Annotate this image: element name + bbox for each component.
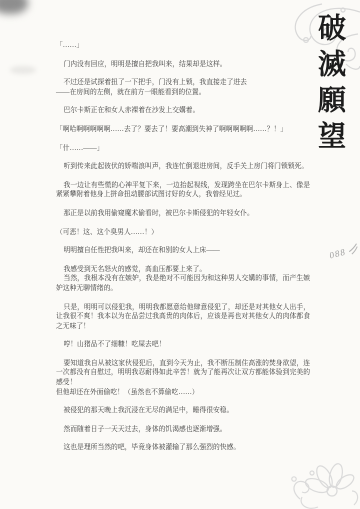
paragraph: 当然，我根本没有在嫉妒，我是绝对不可能因为和这种男人交媾的事情，而产生嫉妒这种无… bbox=[56, 274, 310, 293]
inner-thought-line: （可恶！这、这个臭男人……！） bbox=[56, 228, 310, 238]
chapter-title-vertical: 破滅願望 bbox=[309, 13, 349, 157]
book-page: 破滅願望 088 「……」 门内没有回应，明明是擅自把我叫来，结果却是这样。 不… bbox=[0, 0, 360, 509]
paragraph: 我一边让有些慌的心神平复下来，一边抬起视线，发现跨坐在巴尔卡斯身上、像是紧紧攀附… bbox=[56, 181, 310, 200]
paragraph: 巴尔卡斯正在和女人赤裸着在沙发上交媾着。 bbox=[56, 106, 310, 116]
paragraph: 要知道我自从被这家伙侵犯后，直到今天为止，我不断压制住高涨的焚身欲望，连一次都没… bbox=[56, 359, 310, 388]
paragraph: 那正是以前我用偷窥魔术偷看时，被巴尔卡斯侵犯的年轻女仆。 bbox=[56, 209, 310, 219]
paragraph: 明明擅自任性把我叫来，却还在和别的女人上床—— bbox=[56, 246, 310, 256]
paragraph: 听到传来此起彼伏的娇喘浪叫声，我连忙倒退进房间，反手关上房门将门锁锁死。 bbox=[56, 162, 310, 172]
paragraph: 被侵犯的那天晚上我沉浸在无尽的满足中，睡得很安稳。 bbox=[56, 406, 310, 416]
floral-ornament-bottom-right-icon bbox=[264, 435, 360, 509]
dialogue-line: 「什……——」 bbox=[56, 144, 310, 154]
page-number-value: 088 bbox=[328, 246, 346, 260]
paragraph: 然而随着日子一天天过去，身体的饥渴感也逐渐增强。 bbox=[56, 425, 310, 435]
paragraph: 只是，明明可以侵犯我，明明我都愿意给他肆意侵犯了，却还是对其他女人出手，让我很不… bbox=[56, 303, 310, 332]
page-number: 088 bbox=[328, 243, 359, 261]
scan-smudge bbox=[10, 66, 36, 74]
paragraph: 我感受到无名怒火的感觉，高血压都要上来了。 bbox=[56, 265, 310, 275]
scan-shadow-top-left bbox=[0, 0, 28, 14]
paragraph-continuation: 但他却还在外面偷吃！（虽然也不算偷吃……） bbox=[56, 388, 310, 398]
paragraph-continuation: ——在房间的左侧，就在前方一眼能看到的位置。 bbox=[56, 88, 310, 98]
body-text: 「……」 门内没有回应，明明是擅自把我叫来，结果却是这样。 不过还是试探着扭了一… bbox=[56, 41, 310, 462]
paragraph: 不过还是试探着扭了一下把手，门没有上锁，我直接走了进去 bbox=[56, 78, 310, 88]
paragraph: 哼！山猪品不了细糠！吃屎去吧！ bbox=[56, 340, 310, 350]
dialogue-line: 「啊哈啊啊啊啊啊……去了？要去了！要高潮到失神了啊啊啊啊啊……？！」 bbox=[56, 125, 310, 135]
sparkle-icon bbox=[346, 243, 359, 256]
